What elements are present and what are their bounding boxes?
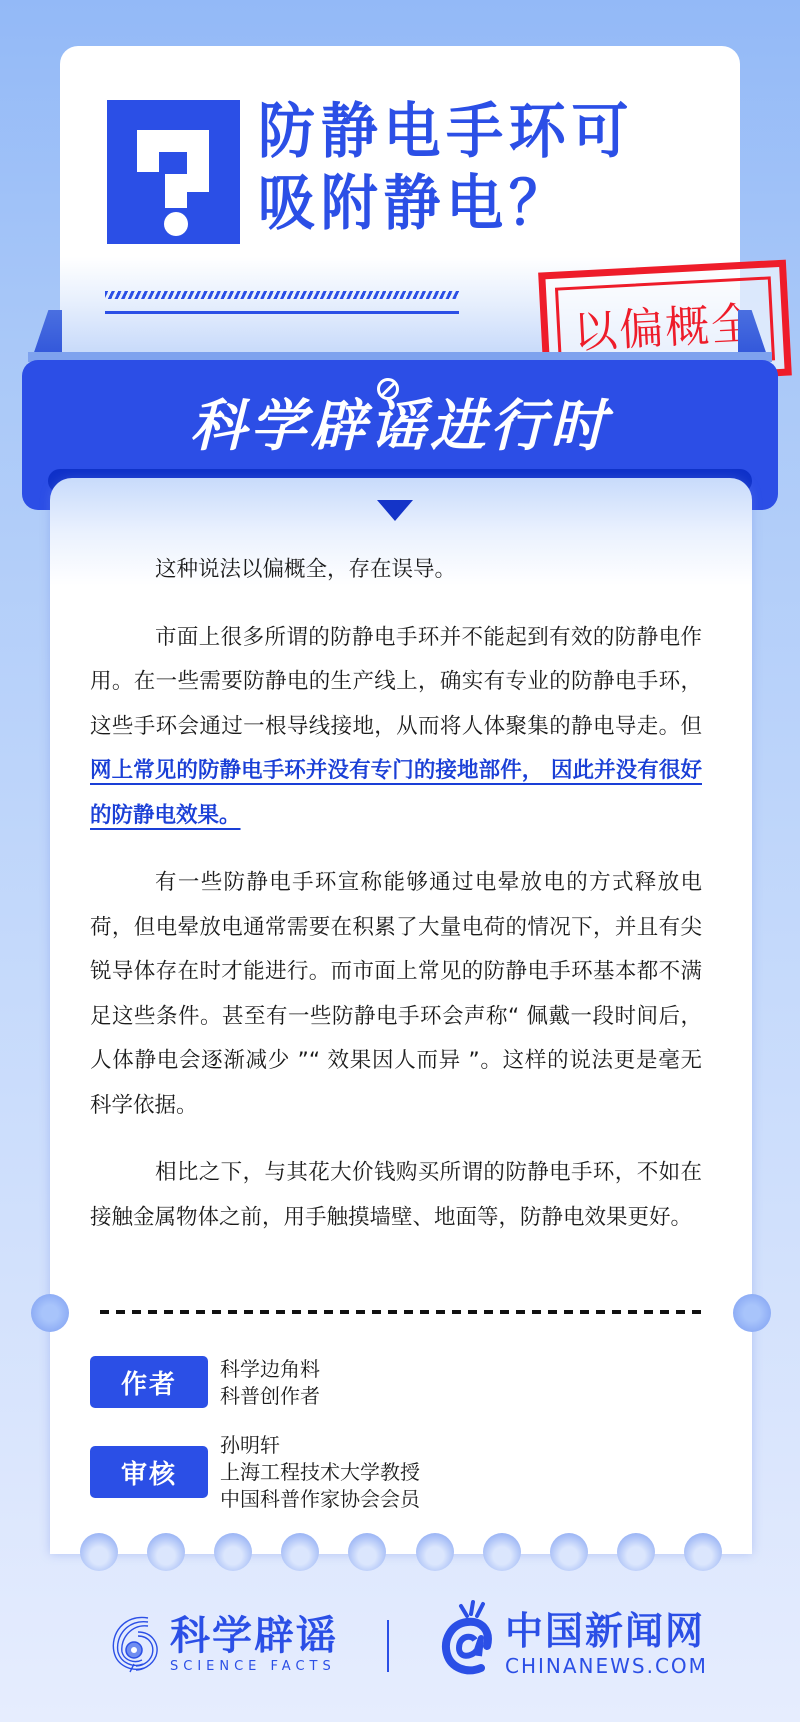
reviewer-name: 孙明轩: [220, 1432, 420, 1459]
prohibited-icon: [377, 378, 399, 400]
author-title: 科普创作者: [220, 1383, 320, 1410]
reviewer-badge: 审核: [90, 1446, 208, 1498]
chinanews-cn: 中国新闻网: [505, 1608, 708, 1654]
article-body: 这种说法以偏概全，存在误导。 市面上很多所谓的防静电手环并不能起到有效的防静电作…: [90, 548, 702, 1263]
paragraph-verdict: 这种说法以偏概全，存在误导。: [90, 548, 702, 593]
chinanews-logo: 中国新闻网 CHINANEWS.COM: [437, 1600, 708, 1680]
title-line-2: 吸附静电？: [258, 168, 634, 240]
author-credit: 作者 科学边角料 科普创作者: [90, 1356, 320, 1410]
triangle-down-icon: [377, 500, 413, 521]
ticket-notch-left: [31, 1294, 69, 1332]
reviewer-credit: 审核 孙明轩 上海工程技术大学教授 中国科普作家协会会员: [90, 1432, 420, 1513]
reviewer-affiliation: 上海工程技术大学教授: [220, 1459, 420, 1486]
highlighted-conclusion: 网上常见的防静电手环并没有专门的接地部件， 因此并没有很好的防静电效果。: [90, 758, 702, 828]
banner-title: 科学辟谣进行时: [22, 382, 778, 462]
chinanews-en: CHINANEWS.COM: [505, 1654, 708, 1678]
reviewer-membership: 中国科普作家协会会员: [220, 1486, 420, 1513]
decorative-stripes: [105, 291, 459, 299]
at-sign-icon: [437, 1600, 501, 1680]
header-card: 防静电手环可 吸附静电？ 以偏概全: [60, 46, 740, 356]
author-info: 科学边角料 科普创作者: [220, 1356, 320, 1410]
paragraph-explanation: 市面上很多所谓的防静电手环并不能起到有效的防静电作用。在一些需要防静电的生产线上…: [90, 616, 702, 839]
reviewer-info: 孙明轩 上海工程技术大学教授 中国科普作家协会会员: [220, 1432, 420, 1513]
decorative-rule: [105, 311, 459, 314]
author-name: 科学边角料: [220, 1356, 320, 1383]
ticket-notch-right: [733, 1294, 771, 1332]
footer-logos: 科学辟谣 SCIENCE FACTS 中国新闻网 CHINANEWS.COM: [0, 1600, 800, 1690]
logo-divider: [387, 1620, 389, 1672]
title-line-1: 防静电手环可: [258, 96, 634, 168]
science-facts-emblem-icon: [108, 1612, 164, 1676]
paragraph-corona-discharge: 有一些防静电手环宣称能够通过电晕放电的方式释放电荷，但电晕放电通常需要在积累了大…: [90, 861, 702, 1128]
science-facts-logo: 科学辟谣 SCIENCE FACTS: [108, 1612, 338, 1676]
article-card: 这种说法以偏概全，存在误导。 市面上很多所谓的防静电手环并不能起到有效的防静电作…: [50, 478, 752, 1554]
question-mark-icon: [107, 100, 240, 244]
science-facts-en: SCIENCE FACTS: [170, 1659, 338, 1675]
paragraph-advice: 相比之下，与其花大价钱购买所谓的防静电手环，不如在接触金属物体之前，用手触摸墙壁…: [90, 1151, 702, 1240]
author-badge: 作者: [90, 1356, 208, 1408]
page-title: 防静电手环可 吸附静电？: [258, 96, 634, 240]
ticket-scallop-edge: [50, 1533, 752, 1555]
science-facts-cn: 科学辟谣: [170, 1613, 338, 1659]
dashed-divider: [100, 1310, 702, 1314]
